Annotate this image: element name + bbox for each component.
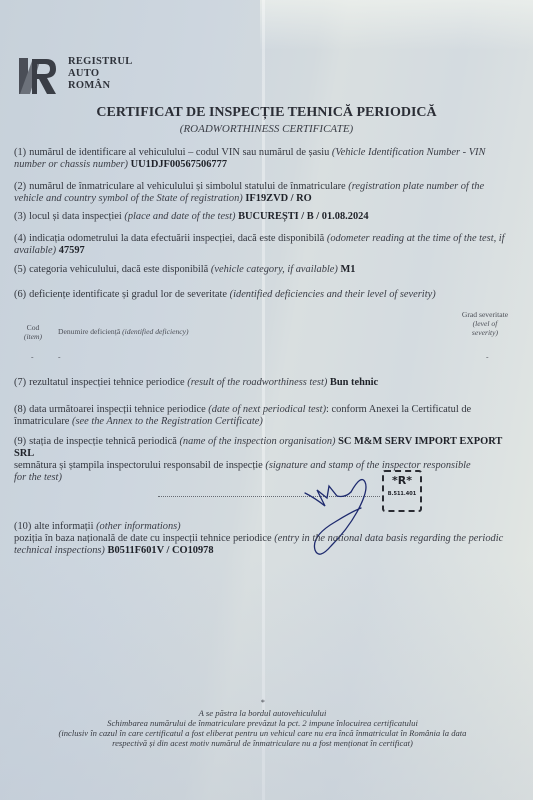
grade-label-en: (level of severity): [472, 319, 498, 337]
field-station: (9)stația de inspecție tehnică periodică…: [14, 436, 514, 460]
label-ro: indicația odometrului la data efectuării…: [29, 233, 324, 244]
label-en: (result of the roadworthiness test): [187, 377, 327, 388]
label-en: (other informations): [96, 521, 181, 532]
footer-asterisk: *: [10, 698, 515, 708]
field-number: (2): [14, 181, 26, 192]
footer-line: respectivă și din acest motiv numărul de…: [10, 738, 515, 748]
name-label-ro: Denumire deficiență: [58, 327, 120, 336]
label-en: (identified deficiencies and their level…: [230, 289, 436, 300]
label-ro: alte informații: [34, 521, 93, 532]
plate-value: IF19ZVD / RO: [245, 193, 311, 204]
field-place-date: (3)locul și data inspecției (place and d…: [14, 211, 514, 223]
footer-notes: * A se păstra la bordul autovehiculului …: [10, 698, 515, 748]
field-deficiencies: (6)deficiențe identificate și gradul lor…: [14, 289, 514, 301]
field-result: (7)rezultatul inspecției tehnice periodi…: [14, 377, 514, 389]
label-ro: data următoarei inspecții tehnice period…: [29, 404, 206, 415]
label-ro: categoria vehiculului, dacă este disponi…: [29, 264, 208, 275]
footer-line: A se păstra la bordul autovehiculului: [10, 708, 515, 718]
label-ro: deficiențe identificate și gradul lor de…: [29, 289, 227, 300]
field-odometer: (4)indicația odometrului la data efectuă…: [14, 233, 514, 257]
label-en: (date of next periodical test): [208, 404, 326, 415]
rar-logo-text: REGISTRUL AUTO ROMÂN: [68, 56, 133, 92]
field-category: (5)categoria vehiculului, dacă este disp…: [14, 264, 514, 276]
field-number: (5): [14, 264, 26, 275]
label-en: (place and date of the test): [124, 211, 235, 222]
certificate-subtitle: (ROADWORTHINESS CERTIFICATE): [0, 123, 533, 135]
category-value: M1: [340, 264, 355, 275]
label-en: (vehicle category, if available): [211, 264, 338, 275]
field-number: (8): [14, 404, 26, 415]
next-date-value-en: (see the Annex to the Registration Certi…: [72, 416, 263, 427]
certificate-title: CERTIFICAT DE INSPECȚIE TEHNICĂ PERIODIC…: [0, 105, 533, 121]
name-label-en: (identified deficiency): [122, 327, 188, 336]
label-ro: locul și data inspecției: [29, 211, 122, 222]
code-label-ro: Cod: [20, 323, 46, 332]
footer-line: Schimbarea numărului de înmatriculare pr…: [10, 718, 515, 728]
logo-line-1: REGISTRUL: [68, 56, 133, 68]
paper-highlight: [260, 0, 533, 50]
table-cell-grade: -: [486, 352, 489, 361]
code-label-en: (item): [24, 332, 42, 341]
label-ro: rezultatul inspecției tehnice periodice: [29, 377, 185, 388]
field-vin: (1)numărul de identificare al vehicululu…: [14, 147, 514, 171]
field-number: (7): [14, 377, 26, 388]
entry-label-ro: poziția în baza națională de date cu ins…: [14, 533, 272, 544]
label-ro: numărul de identificare al vehiculului –…: [29, 147, 329, 158]
field-number: (6): [14, 289, 26, 300]
field-number: (3): [14, 211, 26, 222]
field-next-date: (8)data următoarei inspecții tehnice per…: [14, 404, 514, 428]
field-number: (10): [14, 521, 31, 532]
column-header-code: Cod (item): [20, 323, 46, 341]
logo-line-2: AUTO: [68, 68, 133, 80]
vin-value: UU1DJF00567506777: [131, 159, 227, 170]
national-entry-value: B0511F601V / CO10978: [108, 545, 214, 556]
table-cell-code: -: [31, 352, 34, 361]
column-header-grade: Grad severitate (level of severity): [460, 310, 510, 337]
field-number: (1): [14, 147, 26, 158]
odometer-value: 47597: [59, 245, 85, 256]
grade-label-ro: Grad severitate: [460, 310, 510, 319]
field-number: (9): [14, 436, 26, 447]
field-other: (10)alte informații (other informations)…: [14, 521, 514, 557]
label-ro: semnătura și ștampila inspectorului resp…: [14, 460, 263, 471]
stamp-code: B.511.401: [384, 490, 420, 498]
table-cell-name: -: [58, 352, 61, 361]
place-date-value: BUCUREȘTI / B / 01.08.2024: [238, 211, 368, 222]
rar-logo-icon: [18, 57, 58, 95]
field-plate: (2)numărul de înmatriculare al vehiculul…: [14, 181, 514, 205]
label-en: (name of the inspection organisation): [179, 436, 335, 447]
field-number: (4): [14, 233, 26, 244]
label-ro: numărul de înmatriculare al vehiculului …: [29, 181, 346, 192]
inspector-stamp: *R* B.511.401: [382, 470, 422, 512]
stamp-mark: *R*: [384, 472, 420, 490]
logo-line-3: ROMÂN: [68, 80, 133, 92]
result-value: Bun tehnic: [330, 377, 378, 388]
footer-line: (inclusiv în cazul în care certificatul …: [10, 728, 515, 738]
column-header-name: Denumire deficiență (identified deficien…: [58, 327, 189, 336]
label-ro: stația de inspecție tehnică periodică: [29, 436, 177, 447]
paper-shadow: [0, 560, 533, 800]
